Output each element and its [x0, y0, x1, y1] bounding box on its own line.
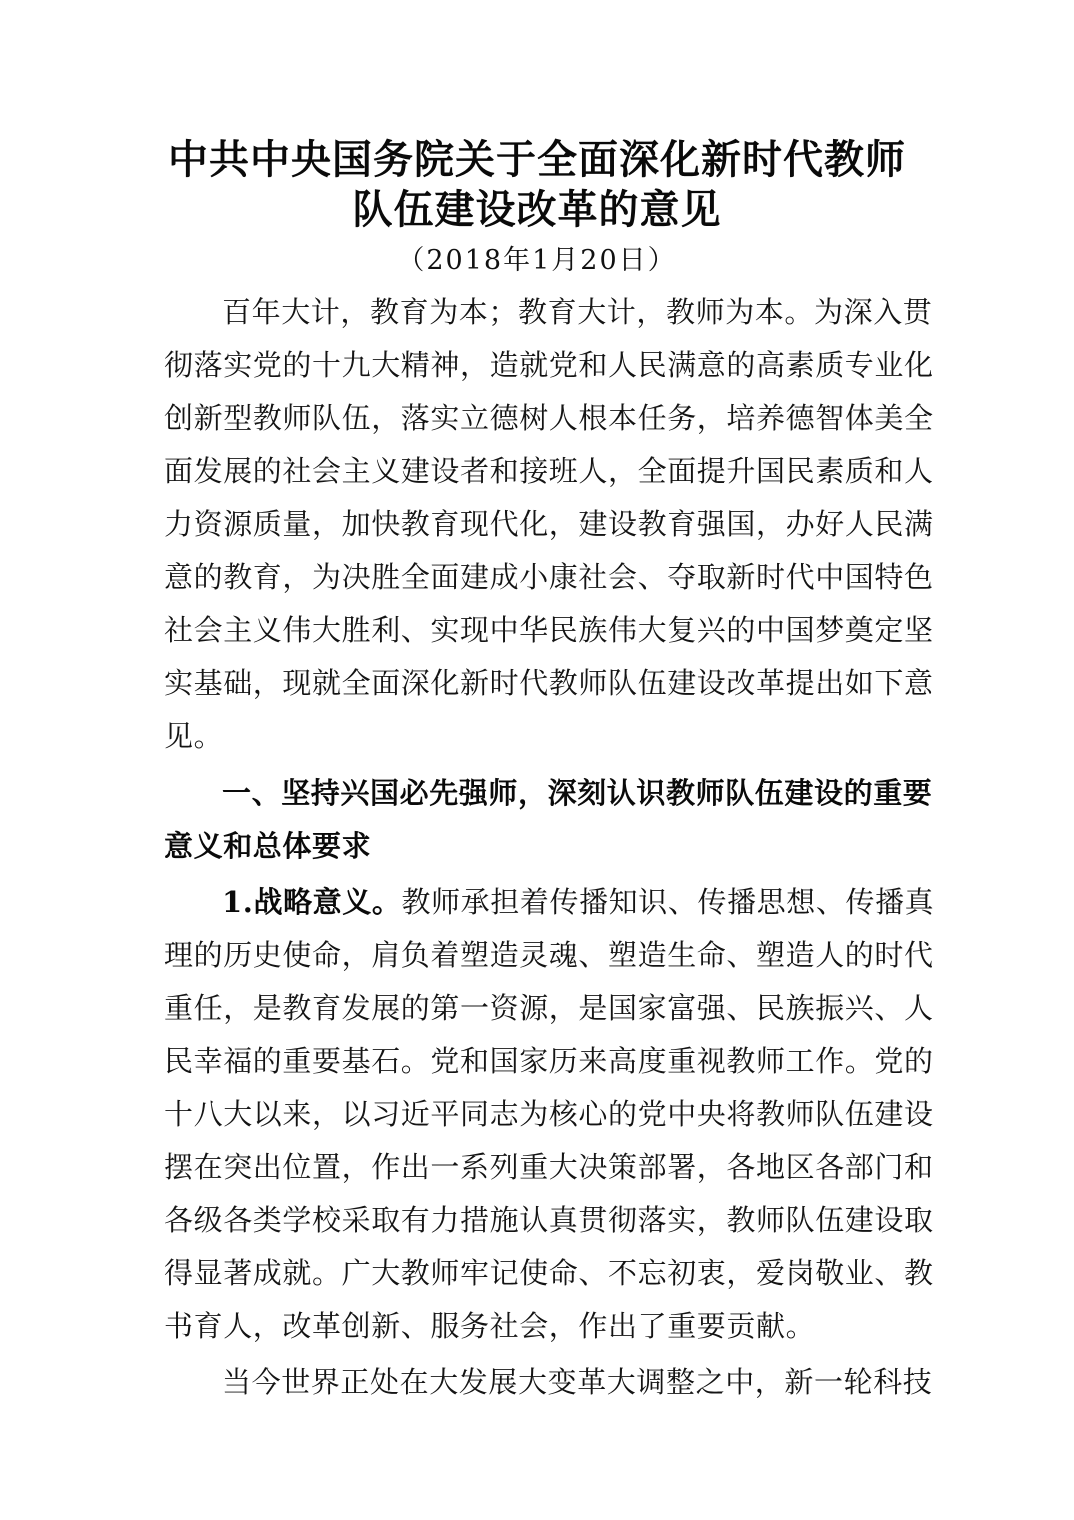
preamble-line: 面发展的社会主义建设者和接班人，全面提升国民素质和人	[164, 453, 912, 489]
preamble-line: 意的教育，为决胜全面建成小康社会、夺取新时代中国特色	[164, 559, 912, 595]
preamble-line: 力资源质量，加快教育现代化，建设教育强国，办好人民满	[164, 506, 912, 542]
document-title-line-1: 中共中央国务院关于全面深化新时代教师	[0, 136, 1074, 184]
preamble-line: 见。	[164, 718, 912, 754]
item-1-line: 摆在突出位置，作出一系列重大决策部署，各地区各部门和	[164, 1149, 912, 1185]
document-page: 中共中央国务院关于全面深化新时代教师 队伍建设改革的意见 （2018年1月20日…	[0, 0, 1074, 1520]
paragraph-line: 当今世界正处在大发展大变革大调整之中，新一轮科技	[164, 1364, 912, 1400]
item-1-line: 十八大以来，以习近平同志为核心的党中央将教师队伍建设	[164, 1096, 912, 1132]
item-1-line: 重任，是教育发展的第一资源，是国家富强、民族振兴、人	[164, 990, 912, 1026]
item-1-first-line: 1.战略意义。教师承担着传播知识、传播思想、传播真	[164, 884, 912, 920]
section-heading-line: 一、坚持兴国必先强师，深刻认识教师队伍建设的重要	[164, 775, 912, 811]
preamble-line: 社会主义伟大胜利、实现中华民族伟大复兴的中国梦奠定坚	[164, 612, 912, 648]
item-1-line: 得显著成就。广大教师牢记使命、不忘初衷，爱岗敬业、教	[164, 1255, 912, 1291]
item-1-first-line-text: 教师承担着传播知识、传播思想、传播真	[401, 885, 934, 919]
item-1-line: 书育人，改革创新、服务社会，作出了重要贡献。	[164, 1308, 912, 1344]
document-title-line-2: 队伍建设改革的意见	[0, 186, 1074, 234]
preamble-line: 百年大计，教育为本；教育大计，教师为本。为深入贯	[164, 294, 912, 330]
item-1-label: 1.战略意义。	[222, 885, 401, 919]
document-date: （2018年1月20日）	[0, 244, 1074, 278]
preamble-line: 彻落实党的十九大精神，造就党和人民满意的高素质专业化	[164, 347, 912, 383]
item-1-line: 各级各类学校采取有力措施认真贯彻落实，教师队伍建设取	[164, 1202, 912, 1238]
preamble-line: 实基础，现就全面深化新时代教师队伍建设改革提出如下意	[164, 665, 912, 701]
item-1-line: 理的历史使命，肩负着塑造灵魂、塑造生命、塑造人的时代	[164, 937, 912, 973]
preamble-line: 创新型教师队伍，落实立德树人根本任务，培养德智体美全	[164, 400, 912, 436]
section-heading-line: 意义和总体要求	[164, 828, 912, 864]
item-1-line: 民幸福的重要基石。党和国家历来高度重视教师工作。党的	[164, 1043, 912, 1079]
